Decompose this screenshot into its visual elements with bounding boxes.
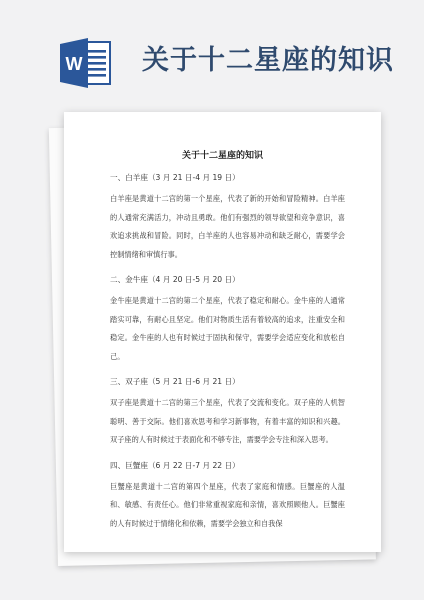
word-logo-icon: W — [58, 36, 112, 90]
svg-text:W: W — [66, 54, 83, 74]
section-heading: 三、双子座（5 月 21 日-6 月 21 日） — [110, 376, 345, 388]
document-page: 关于十二星座的知识 一、白羊座（3 月 21 日-4 月 19 日） 白羊座是黄… — [64, 112, 381, 552]
section-heading: 二、金牛座（4 月 20 日-5 月 20 日） — [110, 274, 345, 286]
section-body: 巨蟹座是黄道十二宫的第四个星座，代表了家庭和情感。巨蟹座的人温和、敏感、有责任心… — [110, 478, 345, 534]
section-taurus: 二、金牛座（4 月 20 日-5 月 20 日） 金牛座是黄道十二宫的第二个星座… — [110, 274, 345, 366]
section-body: 金牛座是黄道十二宫的第二个星座，代表了稳定和耐心。金牛座的人通常踏实可靠，有耐心… — [110, 292, 345, 366]
document-title: 关于十二星座的知识 — [64, 148, 381, 161]
section-heading: 一、白羊座（3 月 21 日-4 月 19 日） — [110, 172, 345, 184]
document-content: 一、白羊座（3 月 21 日-4 月 19 日） 白羊座是黄道十二宫的第一个星座… — [110, 172, 345, 543]
banner-title: 关于十二星座的知识 — [142, 38, 394, 77]
section-body: 双子座是黄道十二宫的第三个星座，代表了交流和变化。双子座的人机智聪明、善于交际。… — [110, 394, 345, 450]
section-cancer: 四、巨蟹座（6 月 22 日-7 月 22 日） 巨蟹座是黄道十二宫的第四个星座… — [110, 460, 345, 534]
section-aries: 一、白羊座（3 月 21 日-4 月 19 日） 白羊座是黄道十二宫的第一个星座… — [110, 172, 345, 264]
section-heading: 四、巨蟹座（6 月 22 日-7 月 22 日） — [110, 460, 345, 472]
section-gemini: 三、双子座（5 月 21 日-6 月 21 日） 双子座是黄道十二宫的第三个星座… — [110, 376, 345, 450]
section-body: 白羊座是黄道十二宫的第一个星座，代表了新的开始和冒险精神。白羊座的人通常充满活力… — [110, 190, 345, 264]
banner: W 关于十二星座的知识 — [0, 0, 424, 100]
